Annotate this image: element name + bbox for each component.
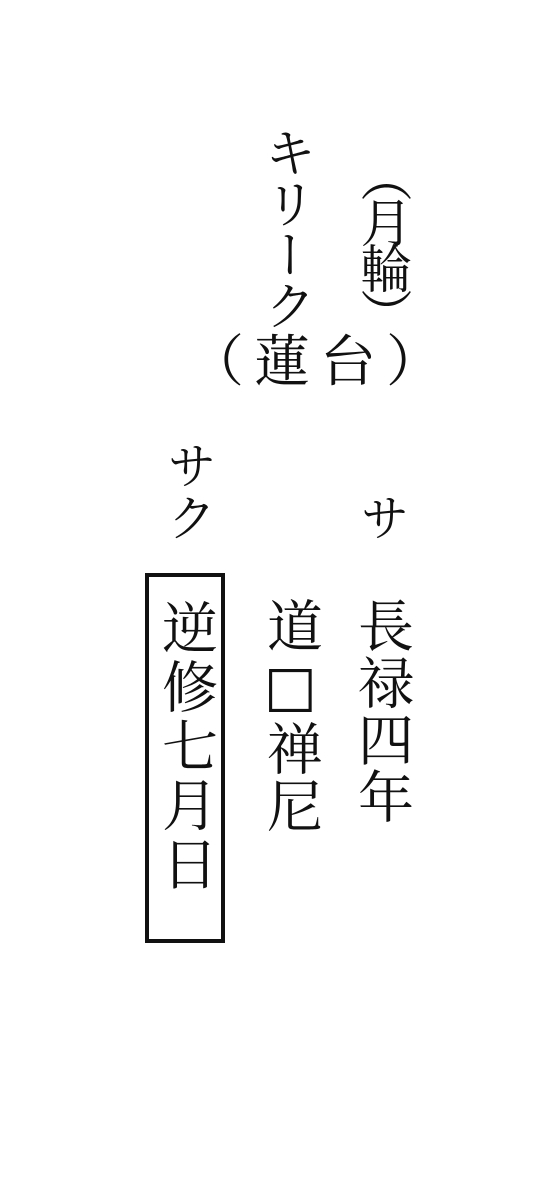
moon-ring-annotation: （月輪） [355,150,407,334]
boxed-memorial-frame: 逆修七月日 [145,573,225,943]
lotus-pedestal-annotation: （蓮台） [188,335,452,391]
seed-syllable-saku: サク [163,440,213,544]
era-date-column: 長禄四年 [353,597,409,825]
posthumous-name-column: 道□禅尼 [262,597,318,834]
seed-syllable-sa: サ [356,492,406,542]
epitaph-transcription-page: （月輪） キリーク （蓮台） サ サク 長禄四年 道□禅尼 逆修七月日 [0,0,542,1200]
seed-syllable-kiriku: キリーク [259,126,311,330]
boxed-memorial-text: 逆修七月日 [157,599,213,894]
